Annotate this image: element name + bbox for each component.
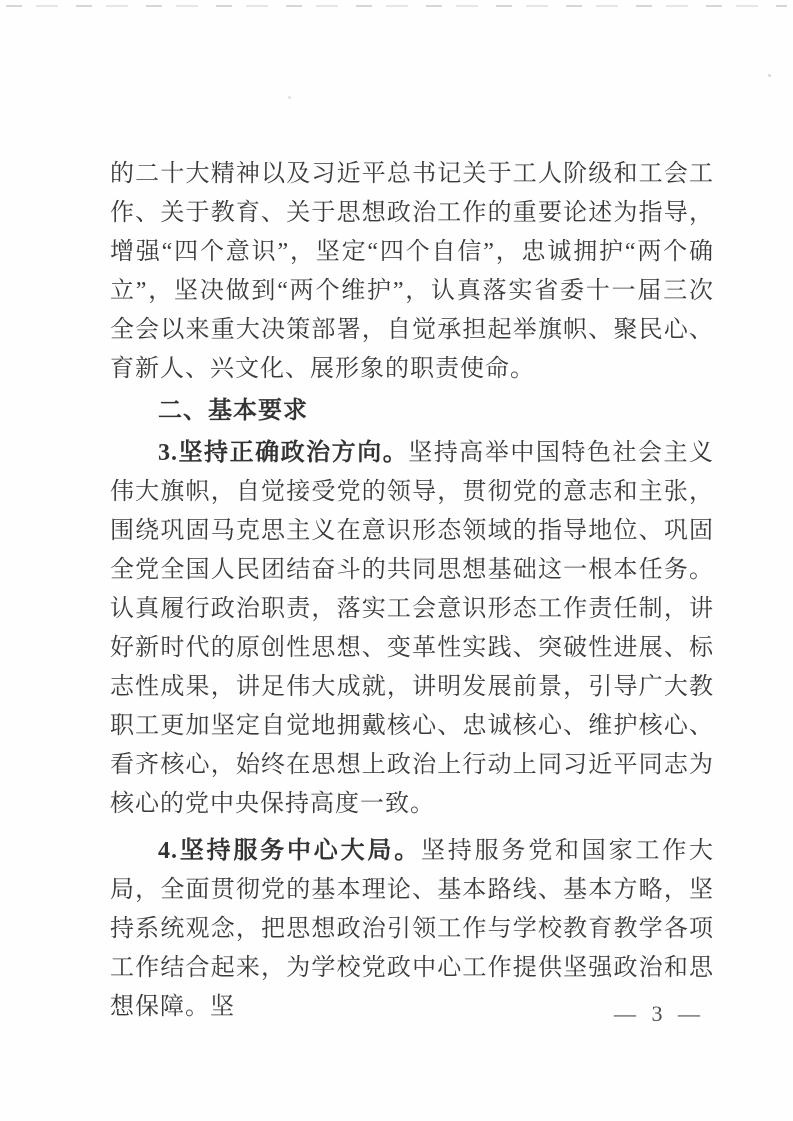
scan-speck — [768, 74, 771, 77]
scan-artifact-top-edge — [6, 5, 787, 7]
paragraph-continuation: 的二十大精神以及习近平总书记关于工人阶级和工会工作、关于教育、关于思想政治工作的… — [110, 155, 714, 389]
document-body: 的二十大精神以及习近平总书记关于工人阶级和工会工作、关于教育、关于思想政治工作的… — [110, 155, 714, 1027]
item-3-body: 坚持高举中国特色社会主义伟大旗帜，自觉接受党的领导，贯彻党的意志和主张，围绕巩固… — [110, 440, 714, 817]
paragraph-item-4: 4.坚持服务中心大局。坚持服务党和国家工作大局，全面贯彻党的基本理论、基本路线、… — [110, 832, 714, 1027]
page-number: — 3 — — [614, 1001, 705, 1027]
paragraph-item-3: 3.坚持正确政治方向。坚持高举中国特色社会主义伟大旗帜，自觉接受党的领导，贯彻党… — [110, 434, 714, 824]
document-page: 的二十大精神以及习近平总书记关于工人阶级和工会工作、关于教育、关于思想政治工作的… — [0, 0, 793, 1121]
scan-speck — [288, 96, 291, 99]
item-3-lead: 3.坚持正确政治方向。 — [158, 440, 408, 466]
item-4-lead: 4.坚持服务中心大局。 — [158, 838, 421, 864]
section-heading: 二、基本要求 — [110, 392, 714, 431]
item-4-body: 坚持服务党和国家工作大局，全面贯彻党的基本理论、基本路线、基本方略，坚持系统观念… — [110, 838, 714, 1020]
